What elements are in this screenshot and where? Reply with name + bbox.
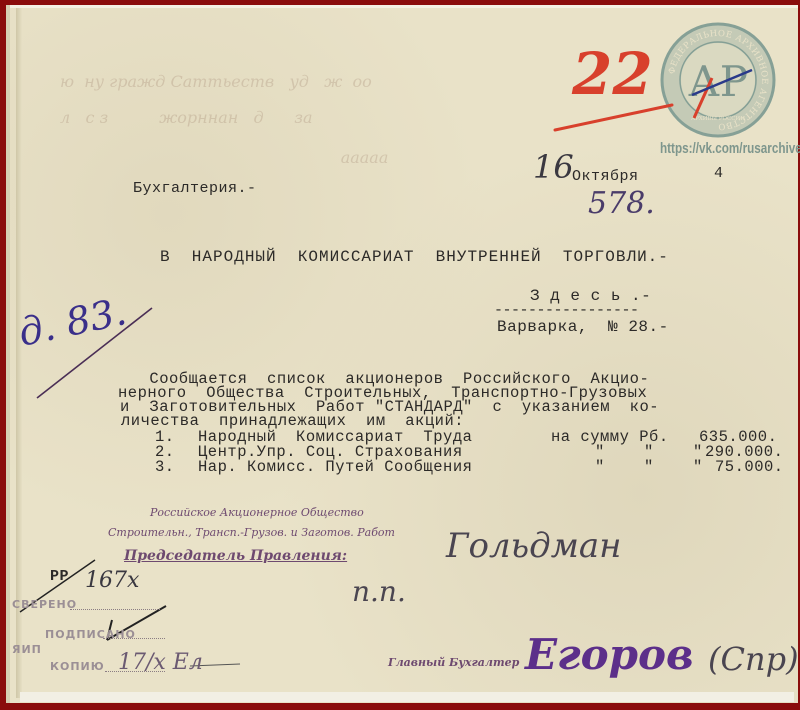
form-rr-label: РР [50,568,69,585]
date-month: Октября [572,168,639,185]
addressee-line-3: Варварка, № 28.- [497,318,669,336]
form-kopiyu-initials: 17/х Ел [118,650,203,675]
chairman-signature: Гольдман [446,526,622,566]
form-podpisano-label: ПОДПИСАНО [45,628,136,641]
form-sip-label: ЯИП [12,643,42,656]
shareholder-3-num: 3. [155,458,175,476]
stamp-company-line-2: Строительн., Трансп.-Грузов. и Заготов. … [108,526,395,539]
chief-accountant-note: (Спр) [708,640,799,678]
date-day-handwritten: 16 [533,148,574,186]
shareholder-3-label: " " " [595,458,703,476]
form-kopiyu-label: КОПИЮ [50,660,105,673]
pp-signature: п.п. [352,575,406,608]
form-svereno-label: СВЕРЕНО [12,598,77,611]
body-line-4: личества принадлежащих им акций: [121,414,464,428]
stamp-company-line-1: Российское Акционерное Общество [150,506,364,519]
outgoing-number-handwritten: 578. [588,186,655,221]
date-year-fragment: 4 [714,165,724,182]
addressee-separator: ----------------- [494,302,639,319]
addressee-line-1: В НАРОДНЫЙ КОМИССАРИАТ ВНУТРЕННЕЙ ТОРГОВ… [160,248,669,266]
form-podpisano-line [103,638,165,639]
form-rr-number: 167х [85,568,139,593]
shareholder-3-name: Нар. Комисс. Путей Сообщения [198,458,472,476]
sender-department: Бухгалтерия.- [133,180,257,197]
chief-accountant-signature: Егоров [525,630,694,679]
form-svereno-line [70,609,160,610]
stamp-chairman-label: Председатель Правления: [124,548,347,564]
stamp-chief-accountant-label: Главный Бухгалтер [388,656,519,669]
shareholder-3-amount: 75.000. [715,458,784,476]
